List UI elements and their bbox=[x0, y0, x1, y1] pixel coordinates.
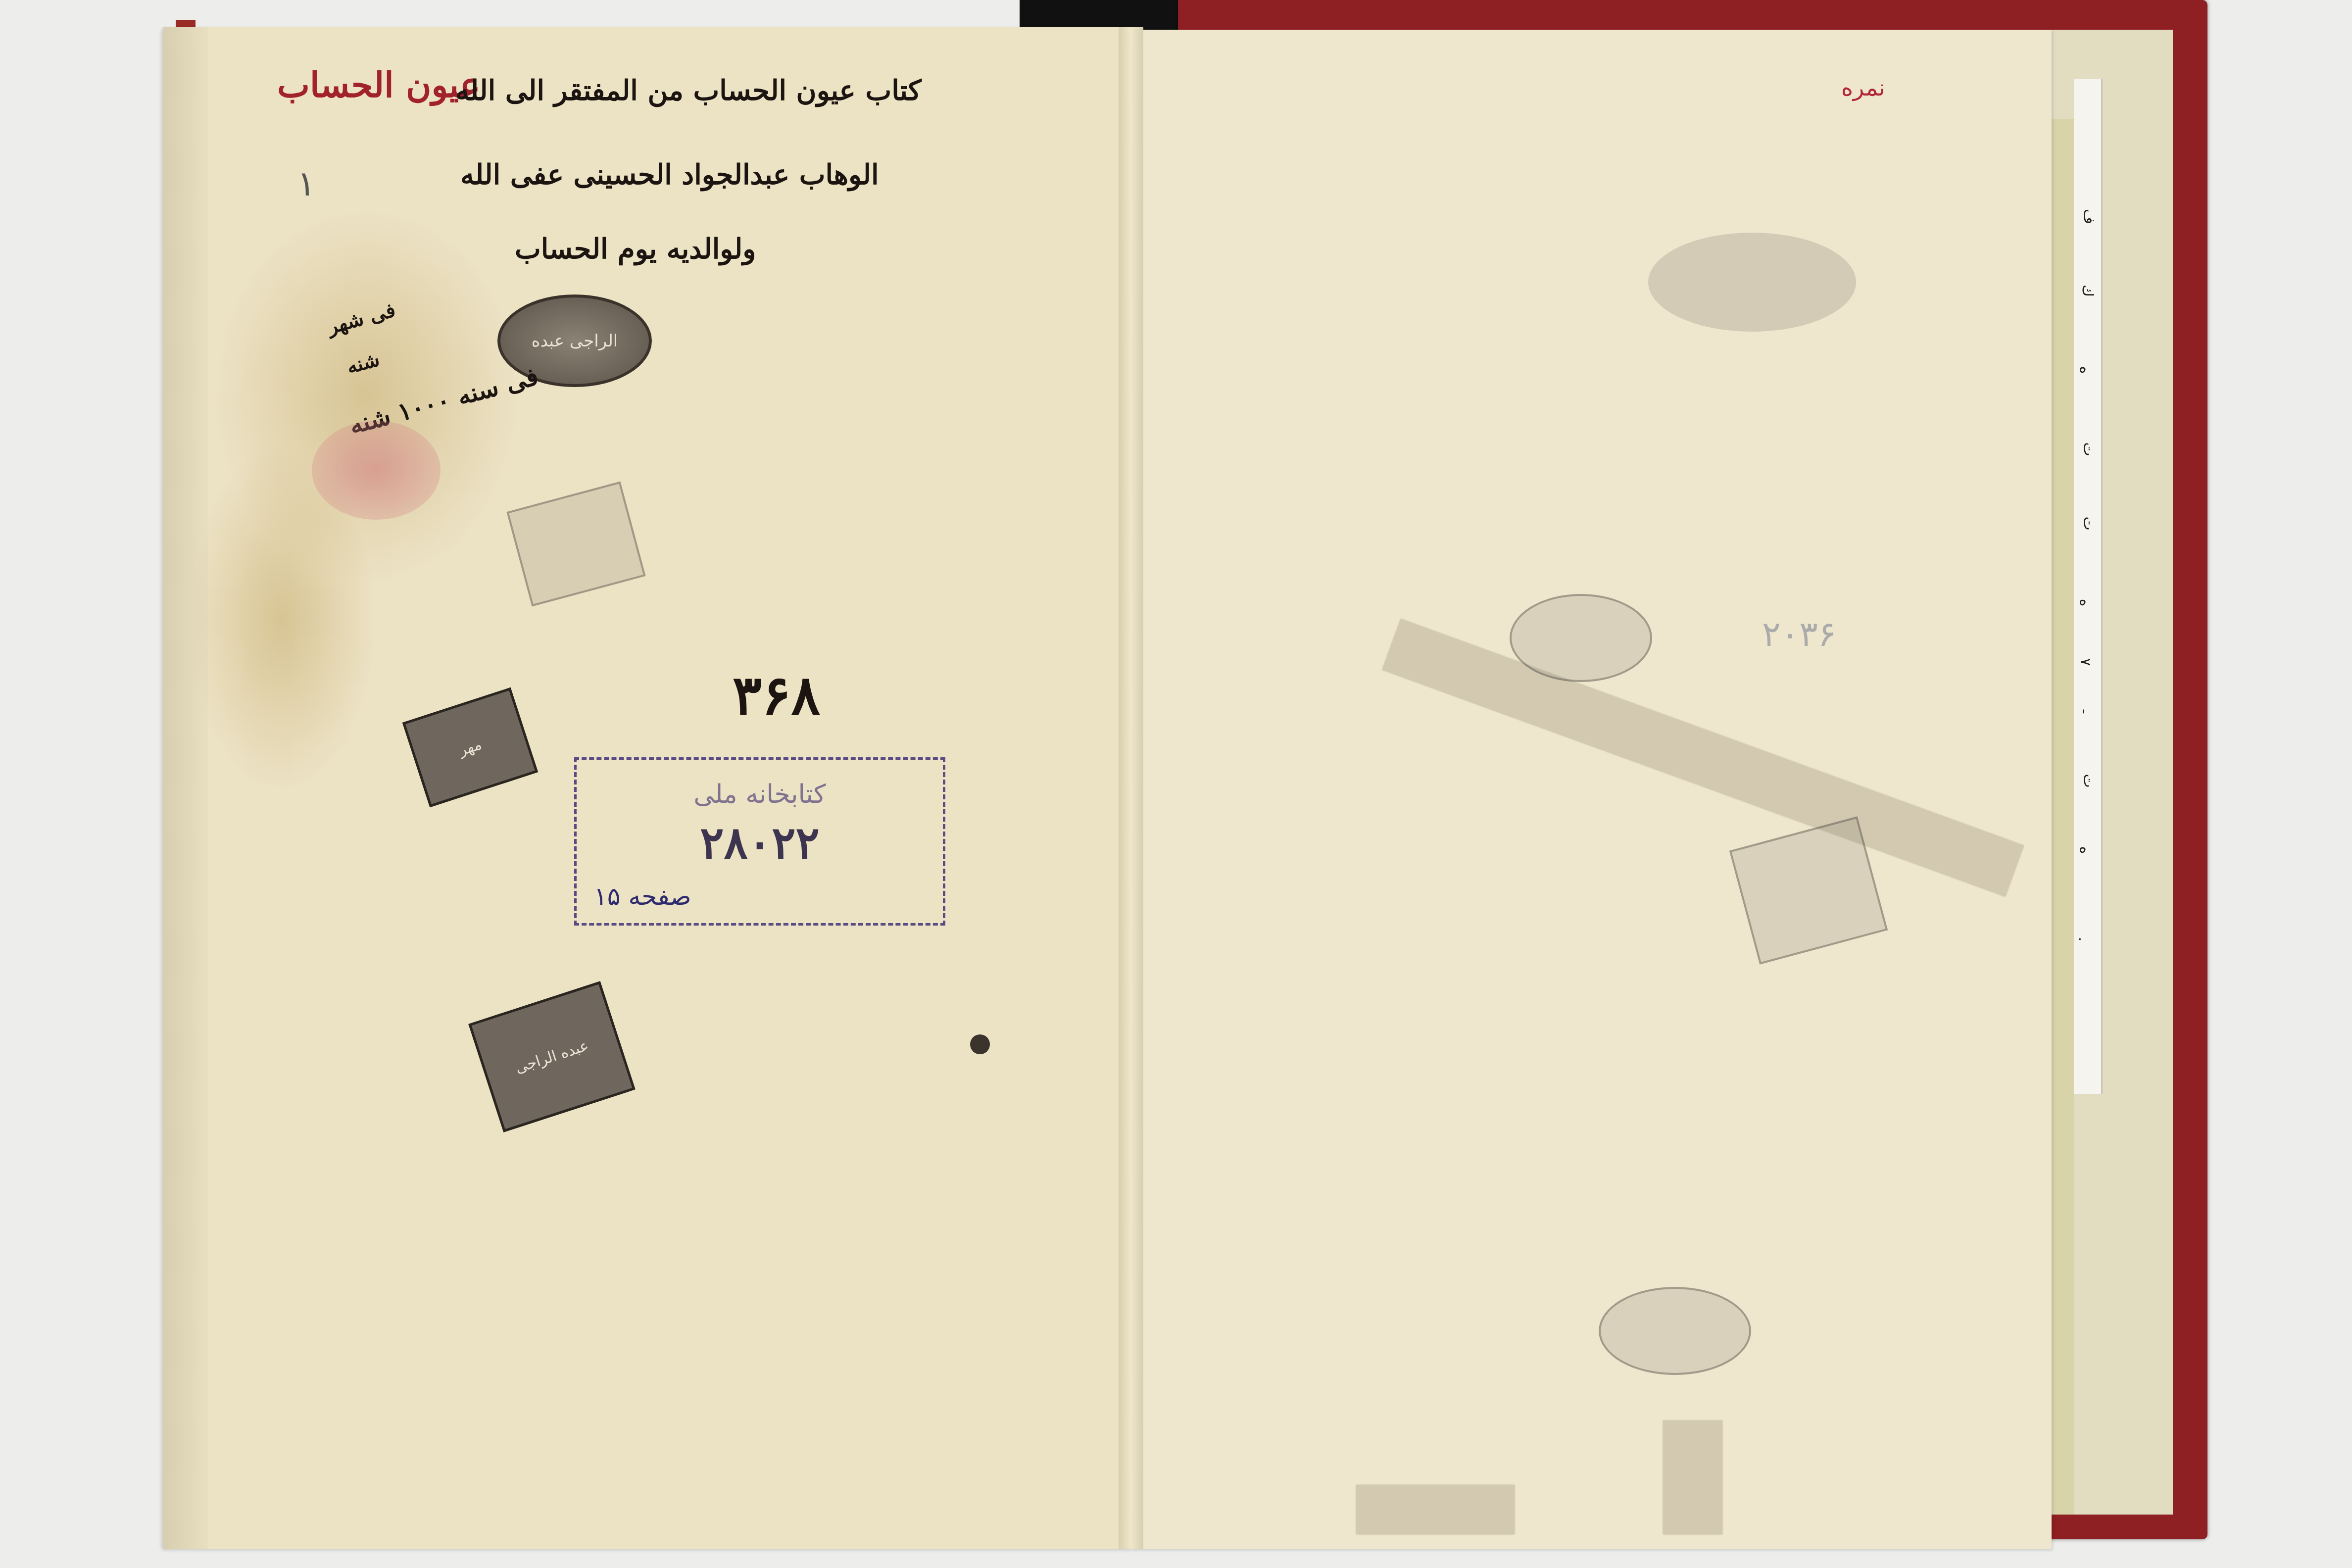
library-stamp-footer: صفحه ۱۵ bbox=[594, 882, 691, 911]
strip-char: ف bbox=[2080, 209, 2098, 224]
right-page bbox=[1131, 30, 2052, 1549]
red-faded-seal bbox=[312, 421, 441, 520]
offset-seal-impression bbox=[1648, 233, 1856, 332]
strip-char: ت bbox=[2080, 442, 2097, 456]
strip-char: ك bbox=[2079, 285, 2096, 297]
shelf-number: ۳۶۸ bbox=[733, 663, 820, 727]
red-title: عیون الحساب bbox=[277, 64, 480, 105]
strip-char: ت bbox=[2080, 774, 2097, 787]
strip-char: ٧ bbox=[2077, 658, 2094, 666]
strip-char: ه bbox=[2076, 846, 2094, 854]
repair-tape bbox=[1663, 1421, 1722, 1534]
library-stamp-number: ۲۸۰۲۲ bbox=[577, 817, 943, 869]
repair-tape bbox=[1356, 1485, 1515, 1534]
colophon-line: الوهاب عبدالجواد الحسینی عفی الله bbox=[460, 158, 879, 191]
strip-char: ت bbox=[2080, 516, 2097, 530]
colophon-line: کتاب عیون الحساب من المفتقر الی الله bbox=[455, 74, 922, 107]
offset-seal-impression bbox=[1599, 1287, 1751, 1375]
library-stamp-header: کتابخانه ملی bbox=[577, 780, 943, 809]
red-mark: نمره bbox=[1841, 74, 1885, 101]
left-page-edges bbox=[163, 27, 208, 1549]
offset-seal-impression bbox=[1510, 594, 1652, 682]
folio-mark: ۱ bbox=[297, 163, 316, 204]
faint-note: ۲۰۳۶ bbox=[1762, 614, 1836, 654]
strip-char: . bbox=[2075, 937, 2092, 942]
strip-char: ه bbox=[2076, 366, 2094, 374]
margin-strip bbox=[2074, 79, 2103, 1094]
gutter bbox=[1119, 27, 1143, 1549]
ink-blot bbox=[970, 1034, 990, 1054]
colophon-line: ولوالدیه یوم الحساب bbox=[515, 233, 756, 265]
strip-char: - bbox=[2075, 709, 2093, 714]
library-stamp: کتابخانه ملی ۲۸۰۲۲ صفحه ۱۵ bbox=[574, 757, 945, 926]
strip-char: ه bbox=[2076, 599, 2094, 607]
